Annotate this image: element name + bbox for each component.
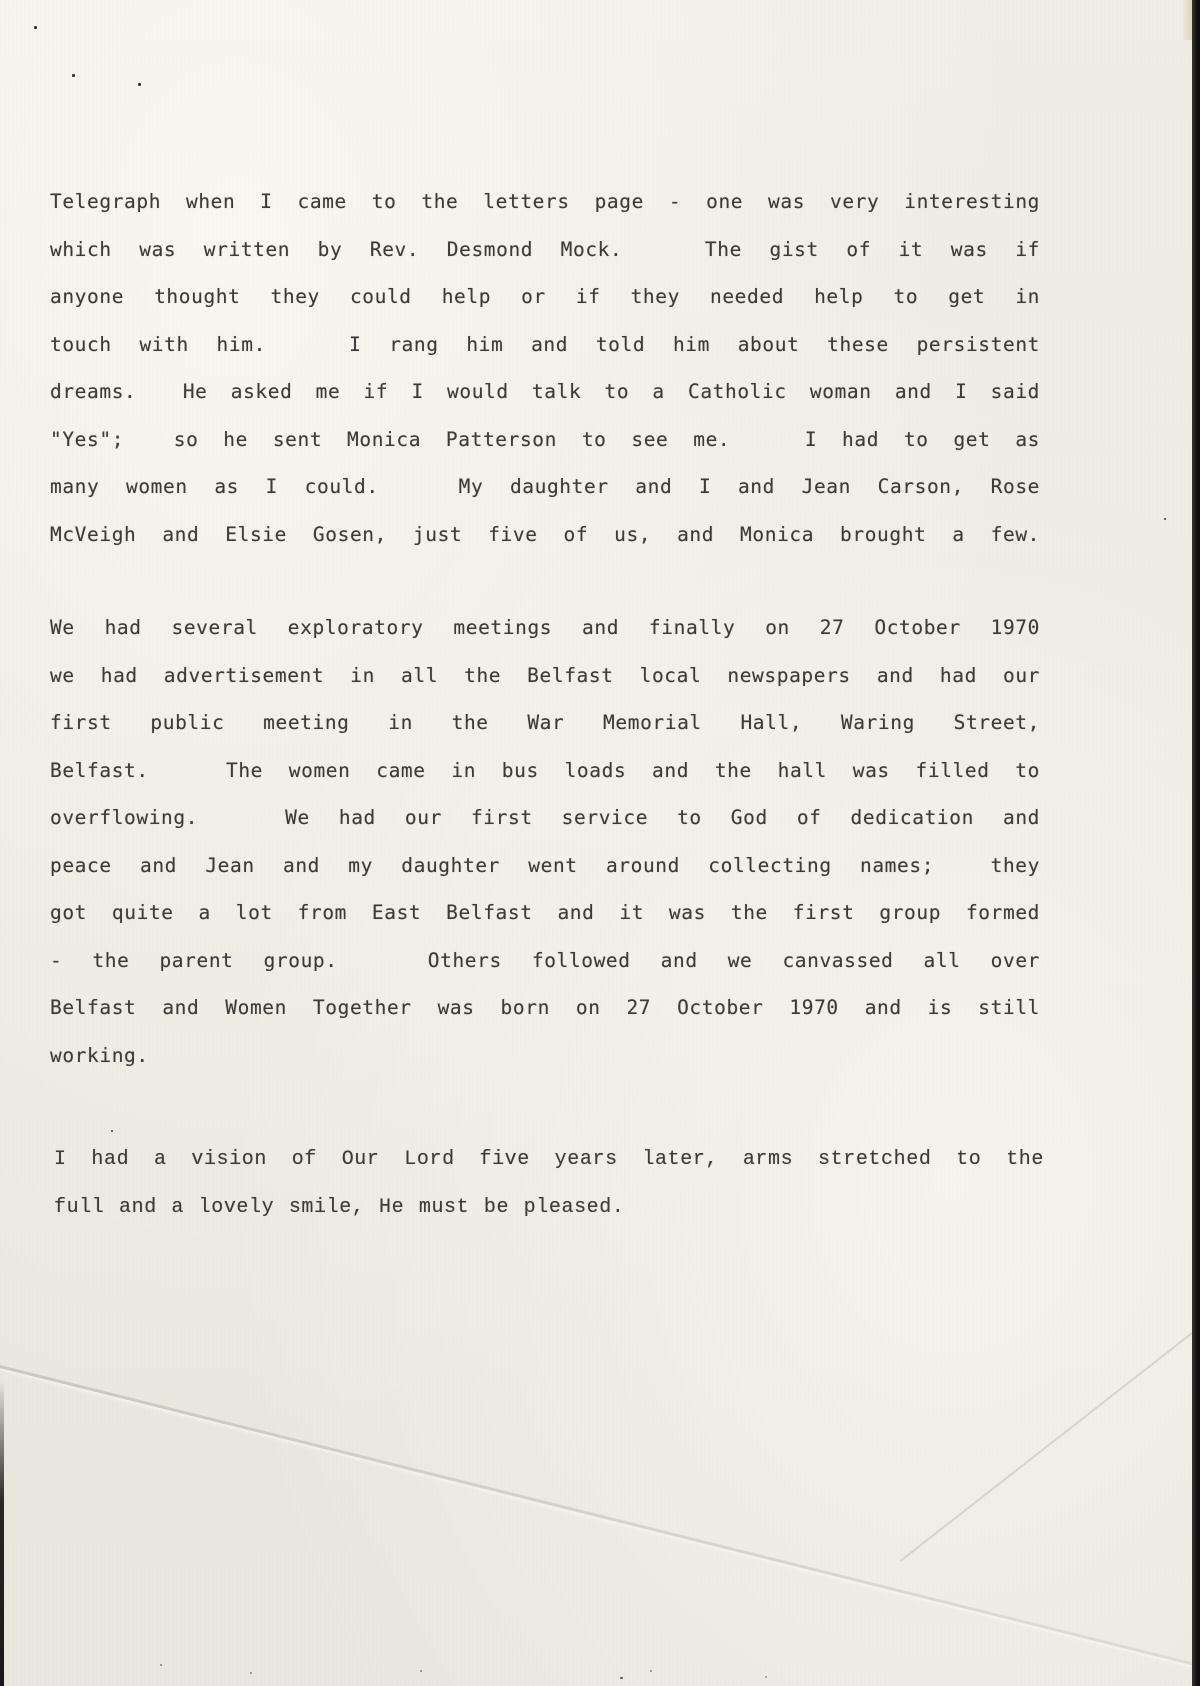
scan-border-left: [0, 1380, 4, 1686]
speck-mark: [34, 26, 37, 29]
speck-mark: [650, 1670, 652, 1672]
speck-mark: [620, 1677, 623, 1679]
text-line: McVeigh and Elsie Gosen, just five of us…: [50, 511, 1040, 559]
text-line: - the parent group. Others followed and …: [50, 937, 1040, 985]
paper-fold-line-secondary: [900, 1314, 1200, 1562]
text-line: many women as I could. My daughter and I…: [50, 463, 1040, 511]
speck-mark: [765, 1676, 767, 1678]
scanned-page: Telegraph when I came to the letters pag…: [0, 0, 1192, 1686]
text-line: anyone thought they could help or if the…: [50, 273, 1040, 321]
speck-mark: [1164, 518, 1166, 520]
text-line: got quite a lot from East Belfast and it…: [50, 889, 1040, 937]
text-line: full and a lovely smile, He must be plea…: [54, 1184, 1044, 1232]
text-line: which was written by Rev. Desmond Mock. …: [50, 226, 1040, 274]
text-line: "Yes"; so he sent Monica Patterson to se…: [50, 416, 1040, 464]
text-line: Belfast and Women Together was born on 2…: [50, 984, 1040, 1032]
text-line: we had advertisement in all the Belfast …: [50, 652, 1040, 700]
speck-mark: [420, 1670, 422, 1672]
speck-mark: [250, 1672, 252, 1674]
text-line: We had several exploratory meetings and …: [50, 604, 1040, 652]
speck-mark: [111, 1130, 113, 1132]
text-line: overflowing. We had our first service to…: [50, 794, 1040, 842]
text-line: first public meeting in the War Memorial…: [50, 699, 1040, 747]
text-line: Telegraph when I came to the letters pag…: [50, 178, 1040, 226]
speck-mark: [72, 74, 75, 77]
text-line: peace and Jean and my daughter went arou…: [50, 842, 1040, 890]
text-line: working.: [50, 1032, 1040, 1080]
speck-mark: [160, 1664, 162, 1666]
paragraph-1: Telegraph when I came to the letters pag…: [50, 178, 1040, 558]
text-line: dreams. He asked me if I would talk to a…: [50, 368, 1040, 416]
paragraph-2: We had several exploratory meetings and …: [50, 604, 1040, 1079]
text-line: Belfast. The women came in bus loads and…: [50, 747, 1040, 795]
paragraph-3: I had a vision of Our Lord five years la…: [54, 1136, 1044, 1231]
scan-border-right: [1192, 0, 1200, 1686]
speck-mark: [138, 83, 141, 86]
text-line: touch with him. I rang him and told him …: [50, 321, 1040, 369]
paper-fold-line: [0, 1365, 1200, 1682]
text-line: I had a vision of Our Lord five years la…: [54, 1136, 1044, 1184]
